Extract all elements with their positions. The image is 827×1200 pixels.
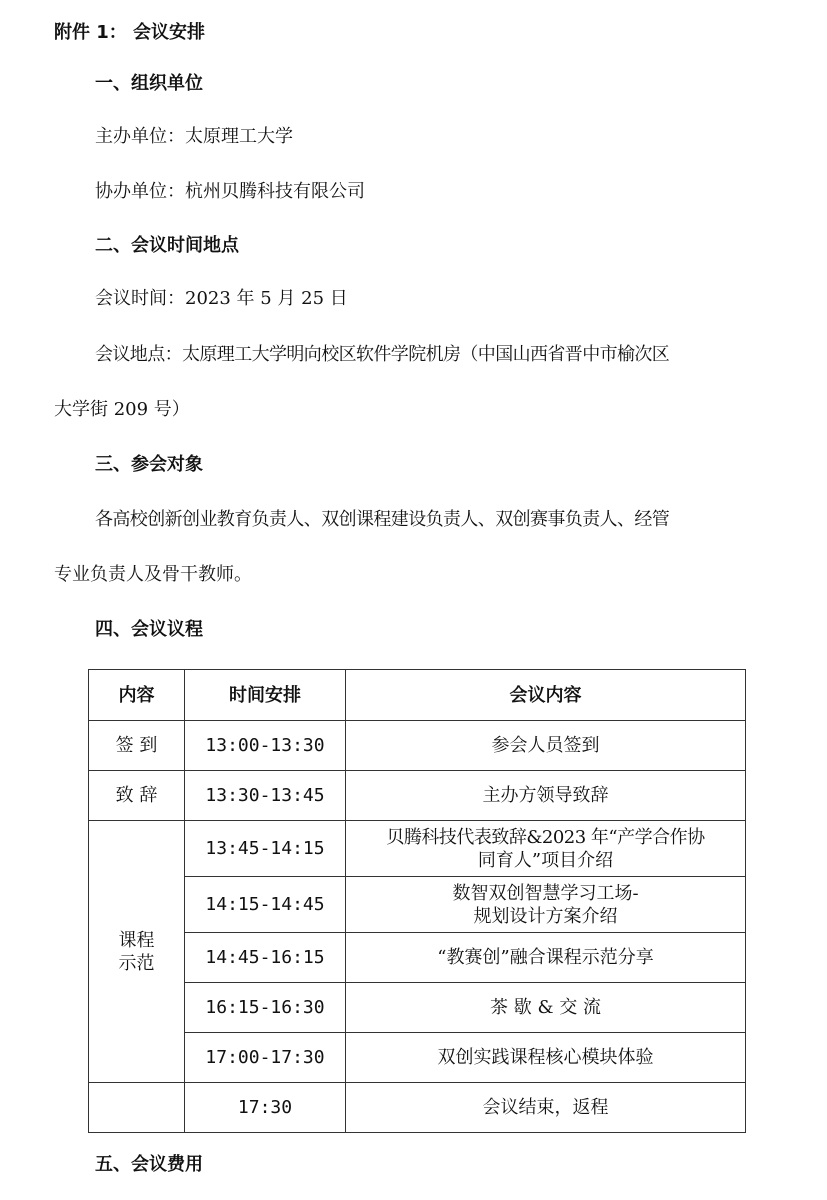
section-heading-fees: 五、会议费用 [95, 1153, 203, 1177]
section-heading-attendees: 三、参会对象 [95, 453, 203, 477]
section-heading-agenda: 四、会议议程 [95, 618, 203, 642]
table-row: 16:15-16:30 茶 歇 & 交 流 [89, 983, 746, 1033]
row-time: 14:15-14:45 [185, 877, 346, 933]
table-row: 17:00-17:30 双创实践课程核心模块体验 [89, 1033, 746, 1083]
row-category-merged: 课程 示范 [89, 821, 185, 1083]
table-row: 签 到 13:00-13:30 参会人员签到 [89, 721, 746, 771]
row-time: 17:00-17:30 [185, 1033, 346, 1083]
table-row: 致 辞 13:30-13:45 主办方领导致辞 [89, 771, 746, 821]
content-line1: 贝腾科技代表致辞&2023 年“产学合作协 [346, 826, 745, 849]
row-time: 13:30-13:45 [185, 771, 346, 821]
category-line1: 课程 [89, 929, 184, 952]
category-line2: 示范 [89, 952, 184, 975]
column-header-content: 会议内容 [346, 670, 746, 721]
meeting-place-line2: 大学街 209 号） [54, 398, 190, 422]
content-line2: 规划设计方案介绍 [346, 905, 745, 928]
row-content: 茶 歇 & 交 流 [346, 983, 746, 1033]
attendees-line2: 专业负责人及骨干教师。 [54, 563, 252, 587]
table-header-row: 内容 时间安排 会议内容 [89, 670, 746, 721]
meeting-time: 会议时间：2023 年 5 月 25 日 [95, 287, 348, 311]
section-heading-time-place: 二、会议时间地点 [95, 234, 239, 258]
section-heading-org: 一、组织单位 [95, 72, 203, 96]
meeting-place-line1: 会议地点：太原理工大学明向校区软件学院机房（中国山西省晋中市榆次区 [95, 343, 669, 367]
agenda-table: 内容 时间安排 会议内容 签 到 13:00-13:30 参会人员签到 致 辞 … [88, 669, 746, 1133]
co-host-unit: 协办单位：杭州贝腾科技有限公司 [95, 180, 365, 204]
content-line2: 同育人”项目介绍 [346, 849, 745, 872]
row-time: 17:30 [185, 1083, 346, 1133]
row-time: 16:15-16:30 [185, 983, 346, 1033]
row-content: 双创实践课程核心模块体验 [346, 1033, 746, 1083]
row-category [89, 1083, 185, 1133]
row-content: 主办方领导致辞 [346, 771, 746, 821]
row-category: 签 到 [89, 721, 185, 771]
row-content: 数智双创智慧学习工场- 规划设计方案介绍 [346, 877, 746, 933]
table-row: 课程 示范 13:45-14:15 贝腾科技代表致辞&2023 年“产学合作协 … [89, 821, 746, 877]
row-category: 致 辞 [89, 771, 185, 821]
column-header-category: 内容 [89, 670, 185, 721]
table-row: 14:45-16:15 “教赛创”融合课程示范分享 [89, 933, 746, 983]
attendees-line1: 各高校创新创业教育负责人、双创课程建设负责人、双创赛事负责人、经管 [95, 508, 669, 532]
host-unit: 主办单位：太原理工大学 [95, 125, 293, 149]
content-line1: 数智双创智慧学习工场- [346, 882, 745, 905]
row-time: 13:45-14:15 [185, 821, 346, 877]
row-content: 会议结束，返程 [346, 1083, 746, 1133]
row-content: 参会人员签到 [346, 721, 746, 771]
row-content: “教赛创”融合课程示范分享 [346, 933, 746, 983]
table-row: 17:30 会议结束，返程 [89, 1083, 746, 1133]
table-row: 14:15-14:45 数智双创智慧学习工场- 规划设计方案介绍 [89, 877, 746, 933]
document-title: 附件 1： 会议安排 [54, 21, 205, 45]
row-time: 14:45-16:15 [185, 933, 346, 983]
row-time: 13:00-13:30 [185, 721, 346, 771]
column-header-time: 时间安排 [185, 670, 346, 721]
row-content: 贝腾科技代表致辞&2023 年“产学合作协 同育人”项目介绍 [346, 821, 746, 877]
